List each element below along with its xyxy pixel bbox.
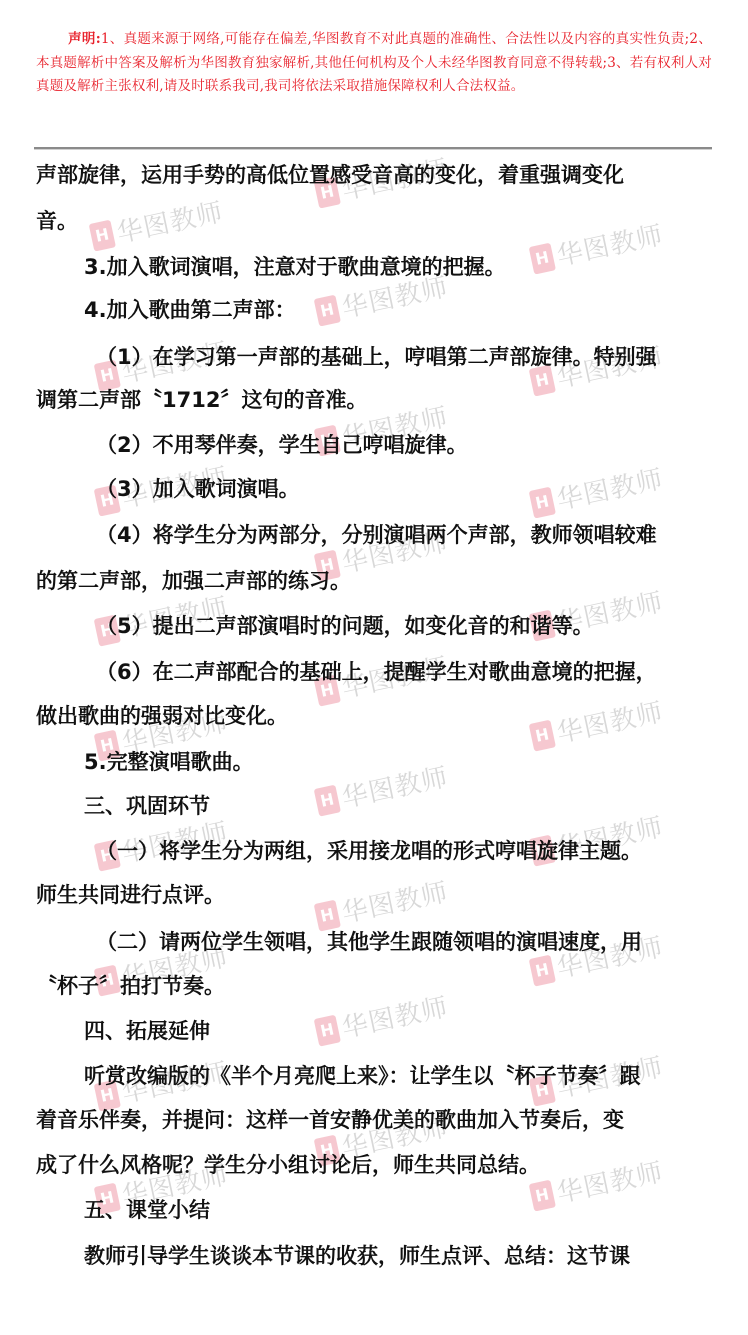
section-heading: 四、拓展延伸	[84, 1016, 210, 1046]
watermark-logo-icon: H	[529, 719, 556, 751]
paragraph-line: （4）将学生分为两部分，分别演唱两个声部，教师领唱较难	[96, 520, 657, 550]
paragraph-line: （1）在学习第一声部的基础上，哼唱第二声部旋律。特别强	[96, 342, 657, 372]
watermark: H华图教师	[528, 691, 667, 755]
watermark: H华图教师	[528, 1151, 667, 1215]
watermark-logo-icon: H	[529, 486, 556, 518]
paragraph-line: （一）将学生分为两组，采用接龙唱的形式哼唱旋律主题。	[96, 836, 642, 866]
watermark-logo-icon: H	[314, 784, 341, 816]
paragraph-line: 5.完整演唱歌曲。	[84, 747, 254, 777]
separator-line	[34, 147, 712, 150]
paragraph-line: 声部旋律，运用手势的高低位置感受音高的变化，着重强调变化	[36, 160, 624, 190]
paragraph-line: 做出歌曲的强弱对比变化。	[36, 701, 288, 731]
watermark: H华图教师	[88, 191, 227, 255]
watermark: H华图教师	[313, 986, 452, 1050]
watermark: H华图教师	[528, 458, 667, 522]
watermark: H华图教师	[313, 871, 452, 935]
watermark-logo-icon: H	[314, 294, 341, 326]
watermark: H华图教师	[313, 756, 452, 820]
paragraph-line: （二）请两位学生领唱，其他学生跟随领唱的演唱速度，用	[96, 927, 642, 957]
paragraph-line: 成了什么风格呢？学生分小组讨论后，师生共同总结。	[36, 1150, 540, 1180]
watermark-logo-icon: H	[529, 1179, 556, 1211]
paragraph-line: 的第二声部，加强二声部的练习。	[36, 566, 351, 596]
watermark-logo-icon: H	[529, 242, 556, 274]
paragraph-line: 3.加入歌词演唱，注意对于歌曲意境的把握。	[84, 252, 506, 282]
watermark-logo-icon: H	[89, 219, 116, 251]
section-heading: 三、巩固环节	[84, 791, 210, 821]
disclaimer: 声明:1、真题来源于网络,可能存在偏差,华图教育不对此真题的准确性、合法性以及内…	[36, 28, 712, 99]
paragraph-line: 4.加入歌曲第二声部：	[84, 295, 296, 325]
watermark-logo-icon: H	[529, 954, 556, 986]
paragraph-line: （6）在二声部配合的基础上，提醒学生对歌曲意境的把握，	[96, 657, 657, 687]
paragraph-line: 教师引导学生谈谈本节课的收获，师生点评、总结：这节课	[84, 1241, 630, 1271]
paragraph-line: （2）不用琴伴奏，学生自己哼唱旋律。	[96, 430, 468, 460]
paragraph-line: 音。	[36, 206, 78, 236]
paragraph-line: （5）提出二声部演唱时的问题，如变化音的和谐等。	[96, 611, 594, 641]
paragraph-line: 〝杯子〞拍打节奏。	[36, 971, 225, 1001]
paragraph-line: （3）加入歌词演唱。	[96, 474, 300, 504]
paragraph-line: 调第二声部〝1712〞这句的音准。	[36, 385, 367, 415]
section-heading: 五、课堂小结	[84, 1195, 210, 1225]
disclaimer-text: 1、真题来源于网络,可能存在偏差,华图教育不对此真题的准确性、合法性以及内容的真…	[36, 31, 712, 94]
paragraph-line: 着音乐伴奏，并提问：这样一首安静优美的歌曲加入节奏后，变	[36, 1105, 624, 1135]
watermark-logo-icon: H	[314, 1014, 341, 1046]
watermark: H华图教师	[528, 214, 667, 278]
disclaimer-lead: 声明:	[68, 31, 101, 47]
paragraph-line: 师生共同进行点评。	[36, 880, 225, 910]
paragraph-line: 听赏改编版的《半个月亮爬上来》：让学生以〝杯子节奏〞跟	[84, 1061, 641, 1091]
